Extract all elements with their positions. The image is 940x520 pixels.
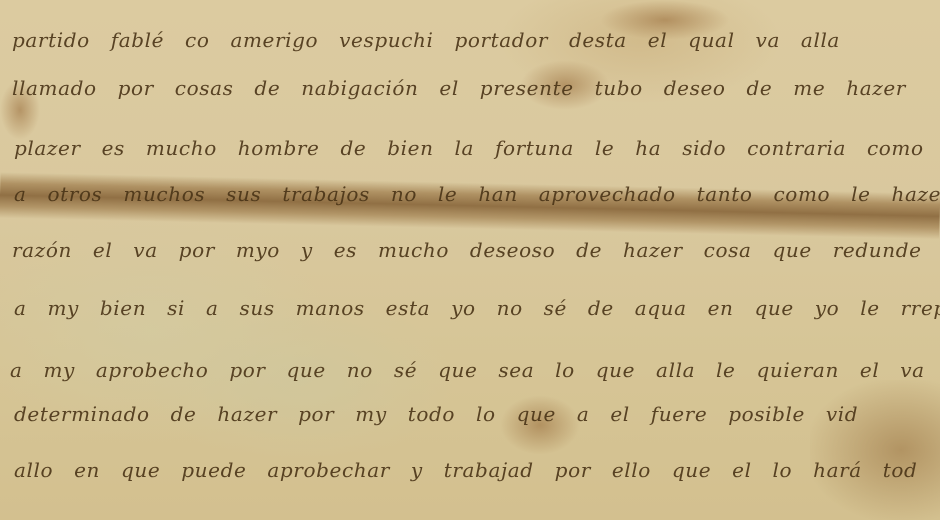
- manuscript-line: a otros muchos sus trabajos no le han ap…: [14, 182, 940, 206]
- manuscript-line: allo en que puede aprobechar y trabajad …: [14, 458, 917, 482]
- manuscript-line: plazer es mucho hombre de bien la fortun…: [14, 136, 924, 160]
- manuscript-line: llamado por cosas de nabigación el prese…: [12, 76, 906, 100]
- manuscript-line: a my aprobecho por que no sé que sea lo …: [10, 358, 925, 382]
- manuscript-line: razón el va por myo y es mucho deseoso d…: [12, 238, 922, 262]
- manuscript-line: determinado de hazer por my todo lo que …: [14, 402, 858, 426]
- manuscript-page: partido fablé co amerigo vespuchi portad…: [0, 0, 940, 520]
- manuscript-text: partido fablé co amerigo vespuchi portad…: [0, 0, 940, 520]
- manuscript-line: a my bien si a sus manos esta yo no sé d…: [14, 296, 940, 320]
- manuscript-line: partido fablé co amerigo vespuchi portad…: [12, 28, 840, 52]
